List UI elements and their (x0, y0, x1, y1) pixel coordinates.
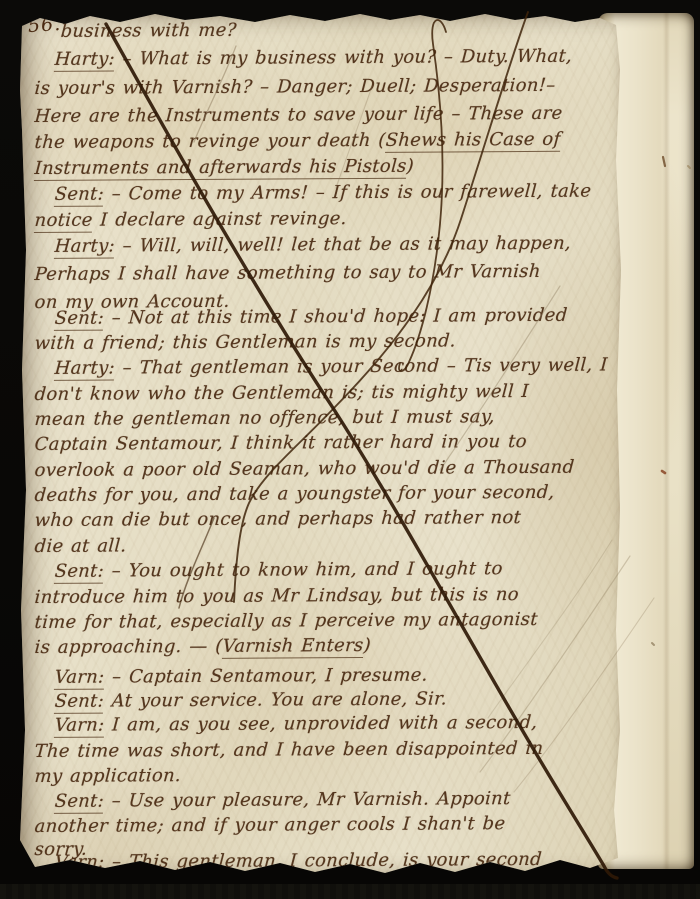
text-run: don't know who the Gentleman is; tis mig… (34, 381, 530, 405)
underlined-text: Sent: (54, 791, 105, 814)
manuscript-line: with a friend; this Gentleman is my seco… (34, 331, 457, 353)
underlined-text: notice (34, 210, 93, 233)
text-run: die at all. (34, 535, 127, 557)
text-run: with a friend; this Gentleman is my seco… (34, 330, 457, 354)
photograph-background: 56. business with me?Harty: – What is my… (0, 0, 700, 899)
manuscript-line: is approaching. — (Varnish Enters) (34, 636, 371, 658)
text-run: another time; and if your anger cools I … (34, 813, 506, 837)
manuscript-line: who can die but once, and perhaps had ra… (34, 508, 522, 531)
text-run: Captain Sentamour, I think it rather har… (34, 431, 528, 455)
manuscript-line: Perhaps I shall have something to say to… (34, 262, 541, 285)
underlined-text: Sent: (54, 561, 105, 584)
text-run: The time was short, and I have been disa… (34, 738, 544, 762)
manuscript-line: overlook a poor old Seaman, who wou'd di… (34, 458, 575, 481)
manuscript-line: Harty: – Will, will, well! let that be a… (34, 234, 572, 257)
manuscript-text: business with me?Harty: – What is my bus… (20, 10, 626, 880)
scanner-bed-shadow (0, 884, 700, 899)
manuscript-line: Varn: I am, as you see, unprovided with … (34, 713, 538, 736)
underlined-text: Harty: (54, 236, 116, 259)
underlined-text: Varn: (54, 852, 105, 875)
manuscript-line: Harty: – What is my business with you? –… (34, 47, 573, 70)
underlined-text: Instruments and afterwards his Pistols (34, 156, 407, 181)
manuscript-line: Sent: – Not at this time I shou'd hope: … (34, 306, 568, 329)
underlined-text: Varn: (54, 667, 105, 690)
text-run: – That gentleman is your Second – Tis ve… (114, 355, 608, 379)
text-run: is your's with Varnish? – Danger; Duell;… (34, 75, 556, 99)
manuscript-line: deaths for you, and take a youngster for… (34, 483, 555, 506)
text-run: – Use your pleasure, Mr Varnish. Appoint (103, 788, 511, 811)
text-run: ) (406, 156, 415, 177)
manuscript-line: Varn: – Captain Sentamour, I presume. (34, 666, 428, 688)
underlined-text: Varnish Enters (222, 635, 364, 659)
text-run: – Captain Sentamour, I presume. (104, 665, 429, 688)
underlined-text: Sent: (54, 691, 105, 714)
underlined-text: Varn: (54, 715, 105, 738)
underlined-text: Sent: (54, 308, 105, 331)
text-run: Perhaps I shall have something to say to… (34, 261, 541, 285)
manuscript-page: 56. business with me?Harty: – What is my… (20, 10, 626, 880)
text-run: time for that, especially as I perceive … (34, 609, 539, 633)
text-run: I am, as you see, unprovided with a seco… (104, 712, 538, 736)
manuscript-line: Varn: – This gentleman, I conclude, is y… (34, 850, 543, 873)
manuscript-line: Instruments and afterwards his Pistols) (34, 157, 415, 179)
text-run: business with me? (60, 20, 237, 42)
manuscript-line: Sent: – Come to my Arms! – If this is ou… (34, 182, 592, 205)
text-run: ) (363, 635, 372, 656)
manuscript-line: my application. (34, 766, 182, 787)
text-run: deaths for you, and take a youngster for… (34, 482, 555, 506)
text-run: Here are the Instruments to save your li… (34, 103, 563, 127)
text-run: who can die but once, and perhaps had ra… (34, 507, 522, 531)
text-run: – Not at this time I shou'd hope: I am p… (103, 305, 568, 329)
text-run: I declare against revinge. (92, 208, 347, 231)
manuscript-line: mean the gentleman no offence, but I mus… (34, 407, 496, 430)
manuscript-line: another time; and if your anger cools I … (34, 814, 506, 837)
manuscript-line: Sent: – You ought to know him, and I oug… (34, 559, 503, 582)
text-run: mean the gentleman no offence, but I mus… (34, 406, 496, 430)
manuscript-line: don't know who the Gentleman is; tis mig… (34, 382, 530, 405)
text-run: introduce him to you as Mr Lindsay, but … (34, 584, 520, 608)
manuscript-line: business with me? (34, 21, 237, 42)
manuscript-line: The time was short, and I have been disa… (34, 739, 544, 762)
manuscript-line: time for that, especially as I perceive … (34, 610, 538, 633)
text-run: – What is my business with you? – Duty. … (114, 46, 572, 70)
underlined-text: Shews his Case of (385, 129, 561, 153)
manuscript-line: introduce him to you as Mr Lindsay, but … (34, 585, 520, 608)
underlined-text: Harty: (54, 358, 116, 381)
underlined-text: Sent: (54, 184, 105, 207)
manuscript-line: is your's with Varnish? – Danger; Duell;… (34, 76, 556, 99)
text-run: – Come to my Arms! – If this is our fare… (103, 181, 592, 205)
manuscript-line: Captain Sentamour, I think it rather har… (34, 432, 527, 455)
text-run: overlook a poor old Seaman, who wou'd di… (34, 457, 575, 481)
text-run: At your service. You are alone, Sir. (103, 688, 447, 711)
manuscript-line: Here are the Instruments to save your li… (34, 104, 563, 127)
text-run: – You ought to know him, and I ought to (103, 558, 503, 581)
manuscript-line: the weapons to revinge your death (Shews… (34, 130, 561, 153)
manuscript-line: die at all. (34, 536, 127, 556)
manuscript-line: Sent: At your service. You are alone, Si… (34, 689, 448, 711)
text-run: my application. (34, 765, 182, 787)
underlined-text: Harty: (54, 49, 116, 72)
text-run: the weapons to revinge your death ( (34, 130, 386, 153)
text-run: is approaching. — ( (34, 636, 223, 658)
manuscript-line: notice I declare against revinge. (34, 209, 347, 231)
text-run: – Will, will, well! let that be as it ma… (114, 233, 571, 257)
manuscript-line: Harty: – That gentleman is your Second –… (34, 356, 608, 379)
manuscript-line: Sent: – Use your pleasure, Mr Varnish. A… (34, 789, 511, 812)
text-run: – This gentleman, I conclude, is your se… (104, 849, 543, 873)
